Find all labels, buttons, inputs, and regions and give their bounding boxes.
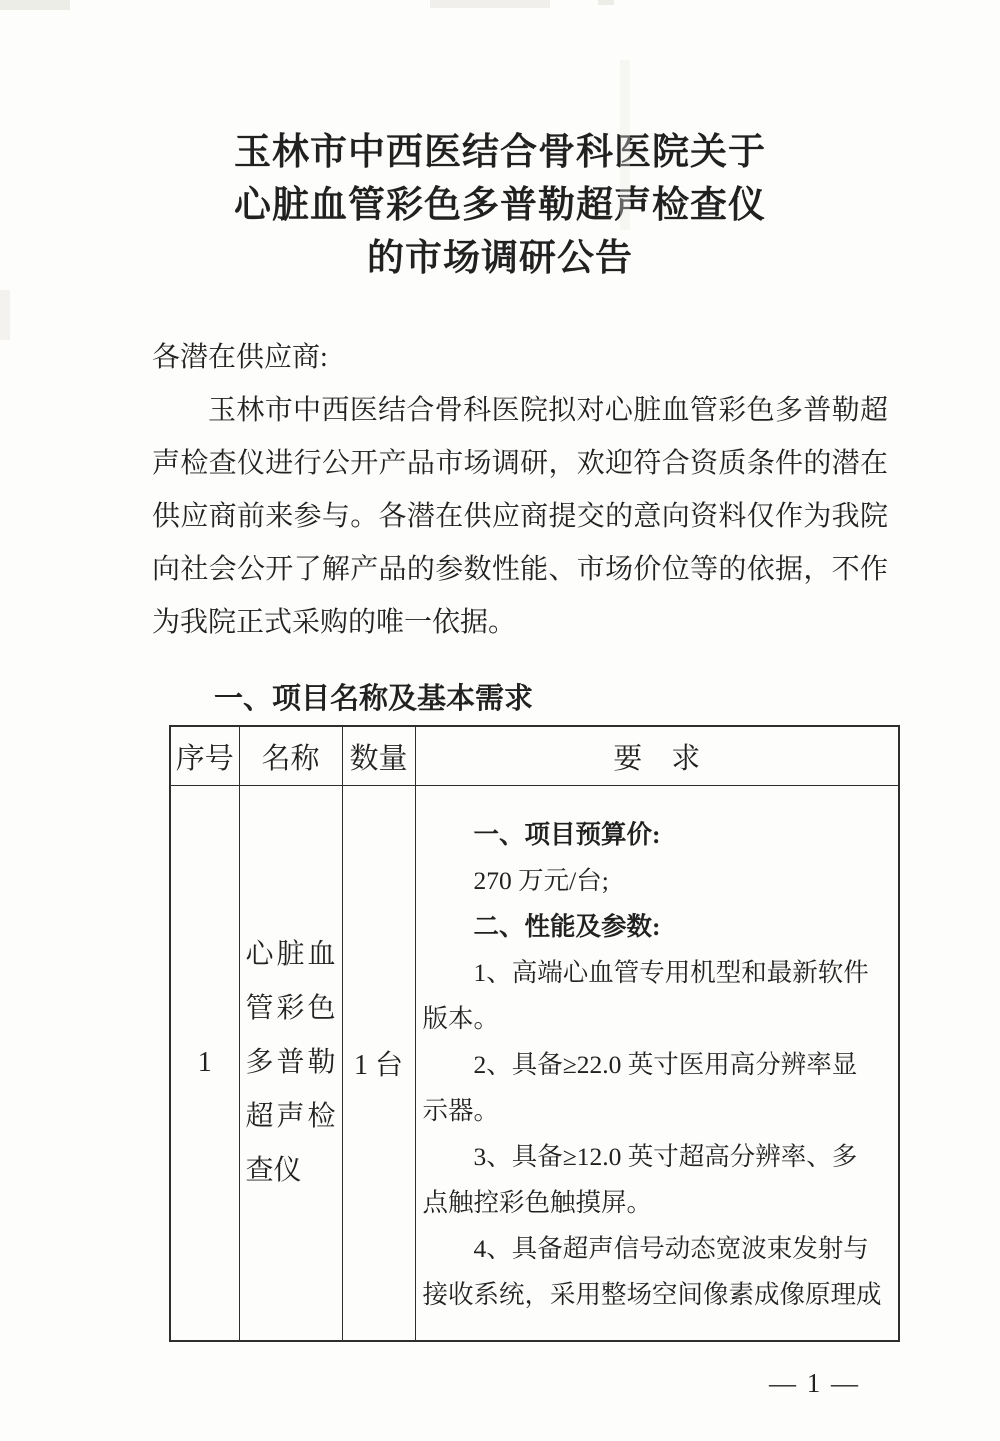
scan-artifact [0,290,10,340]
column-header-index: 序号 [170,726,239,786]
requirement-item: 4、具备超声信号动态宽波束发射与 接收系统，采用整场空间像素成像原理成 [423,1226,892,1318]
requirement-item: 270 万元/台; [423,858,892,904]
column-header-quantity: 数量 [342,726,415,786]
table-row: 1 心脏血管彩色多普勒超声检查仪 1 台 一、项目预算价:270 万元/台;二、… [170,786,899,1342]
requirement-item: 一、项目预算价: [423,812,892,858]
requirement-item: 1、高端心血管专用机型和最新软件 版本。 [423,950,892,1042]
intro-paragraph: 玉林市中西医结合骨科医院拟对心脏血管彩色多普勒超声检查仪进行公开产品市场调研，欢… [152,384,888,649]
requirements-cell: 一、项目预算价:270 万元/台;二、性能及参数:1、高端心血管专用机型和最新软… [415,786,899,1342]
column-header-name: 名称 [239,726,342,786]
table-header-row: 序号 名称 数量 要 求 [170,726,899,786]
column-header-requirements: 要 求 [415,726,899,786]
document-title-line-1: 玉林市中西医结合骨科医院关于 [0,126,1000,179]
requirements-table: 序号 名称 数量 要 求 1 心脏血管彩色多普勒超声检查仪 1 台 一、项目预算… [169,725,900,1342]
requirement-item: 3、具备≥12.0 英寸超高分辨率、多 点触控彩色触摸屏。 [423,1134,892,1226]
quantity-cell: 1 台 [342,786,415,1342]
document-title: 玉林市中西医结合骨科医院关于 心脏血管彩色多普勒超声检查仪 的市场调研公告 [0,0,1000,285]
document-page: 玉林市中西医结合骨科医院关于 心脏血管彩色多普勒超声检查仪 的市场调研公告 各潜… [0,0,1000,1441]
page-number: — 1 — [0,1368,1000,1398]
section-heading: 一、项目名称及基本需求 [214,681,1000,717]
row-index-cell: 1 [170,786,239,1342]
salutation: 各潜在供应商: [152,331,1000,384]
item-name-cell: 心脏血管彩色多普勒超声检查仪 [239,786,342,1342]
requirement-item: 2、具备≥22.0 英寸医用高分辨率显 示器。 [423,1042,892,1134]
document-title-line-2: 心脏血管彩色多普勒超声检查仪 [0,179,1000,232]
requirement-item: 二、性能及参数: [423,904,892,950]
document-title-line-3: 的市场调研公告 [0,232,1000,285]
